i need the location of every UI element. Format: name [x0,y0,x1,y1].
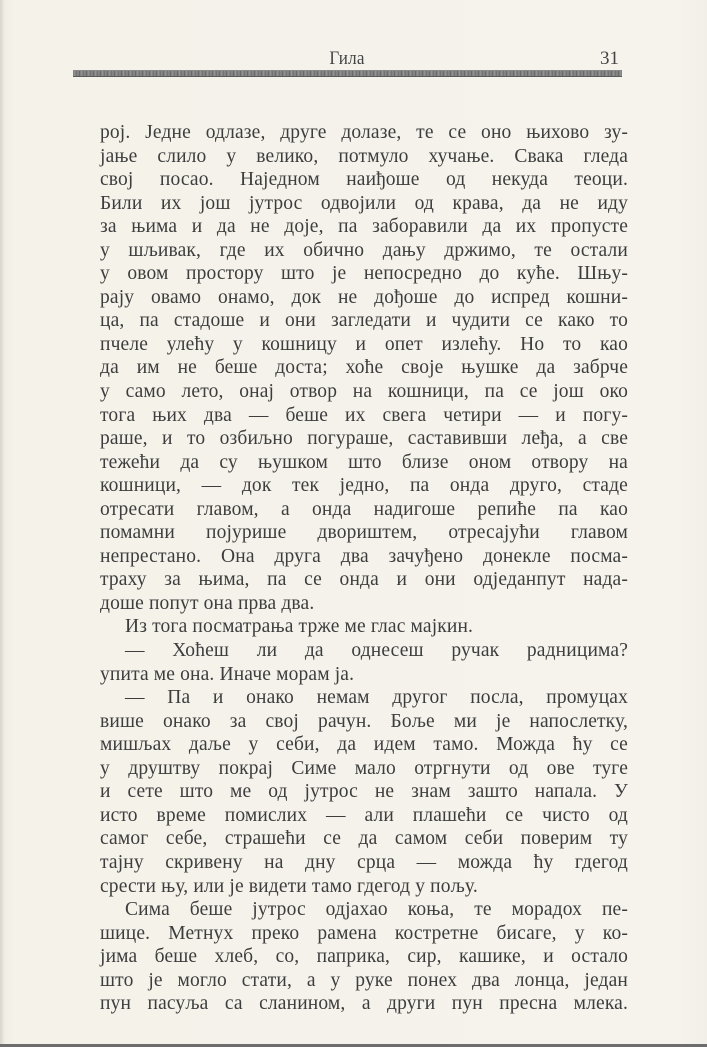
text-line: отресати главом, а онда надигоше репиће … [100,498,628,522]
text-line: шице. Метнух преко рамена костретне биса… [100,922,628,946]
header-rule [73,70,622,77]
text-line: тајну скривену на дну срца — можда ћу гд… [100,851,628,875]
running-title: Гила [100,48,593,70]
text-line: да им не беше доста; хоће своје њушке да… [100,356,628,380]
text-line: ца, па стадоше и они загледати и чудити … [100,309,628,333]
text-line: и сете што ме од јутрос не знам зашто на… [100,780,628,804]
book-page: Гила 31 рој. Једне одлазе, друге долазе,… [0,0,707,1047]
text-line: јима беше хлеб, со, паприка, сир, кашике… [100,945,628,969]
text-line: рој. Једне одлазе, друге долазе, те се о… [100,121,628,145]
text-line: за њима и да не доје, па заборавили да и… [100,215,628,239]
text-line: у друштву покрај Симе мало отргнути од о… [100,757,628,781]
text-line: кошници, — док тек једно, па онда друго,… [100,474,628,498]
text-line: што је могло стати, а у руке понех два л… [100,969,628,993]
text-line: мишљах даље у себи, да идем тамо. Можда … [100,733,628,757]
text-line: — Па и онако немам другог посла, промуца… [100,686,628,710]
text-line: свој посао. Наједном наиђоше од некуда т… [100,168,628,192]
text-line: раше, и то озбиљно погураше, саставивши … [100,427,628,451]
page-header: Гила 31 [73,48,621,70]
text-line: у овом простору што је непосредно до кућ… [100,262,628,286]
text-line: Били их још јутрос одвојили од крава, да… [100,192,628,216]
text-line: у само лето, онај отвор на кошници, па с… [100,380,628,404]
text-line: јање слило у велико, потмуло хучање. Сва… [100,145,628,169]
text-line: рају овамо онамо, док не дођоше до испре… [100,286,628,310]
text-line: тежећи да су њушком што близе оном отвор… [100,451,628,475]
text-line: тога њих два — беше их свега четири — и … [100,404,628,428]
text-line: траху за њима, па се онда и они одједанп… [100,568,628,592]
text-line: у шљивак, где их обично дању држимо, те … [100,239,628,263]
page-binding-edge [0,0,4,1047]
text-line: доше попут она прва два. [100,592,628,616]
text-line: исто време помислих — али плашећи се чис… [100,804,628,828]
text-line: више онако за свој рачун. Боље ми је нап… [100,710,628,734]
body-text: рој. Једне одлазе, друге долазе, те се о… [100,121,628,1016]
text-line: упита ме она. Иначе морам ја. [100,663,628,687]
text-line: непрестано. Она друга два зачуђено донек… [100,545,628,569]
text-line: помамни појурише двориштем, отресајући г… [100,521,628,545]
page-number: 31 [600,48,619,70]
text-line: Из тога посматрања трже ме глас мајкин. [100,615,628,639]
text-line: Сима беше јутрос одјахао коња, те морадо… [100,898,628,922]
text-line: самог себе, страшећи се да самом себи по… [100,827,628,851]
text-line: пчеле улећу у кошницу и опет излећу. Но … [100,333,628,357]
text-line: — Хоћеш ли да однесеш ручак радницима? [100,639,628,663]
text-line: срести њу, или је видети тамо гдегод у п… [100,875,628,899]
text-line: пун пасуља са сланином, а други пун прес… [100,992,628,1016]
